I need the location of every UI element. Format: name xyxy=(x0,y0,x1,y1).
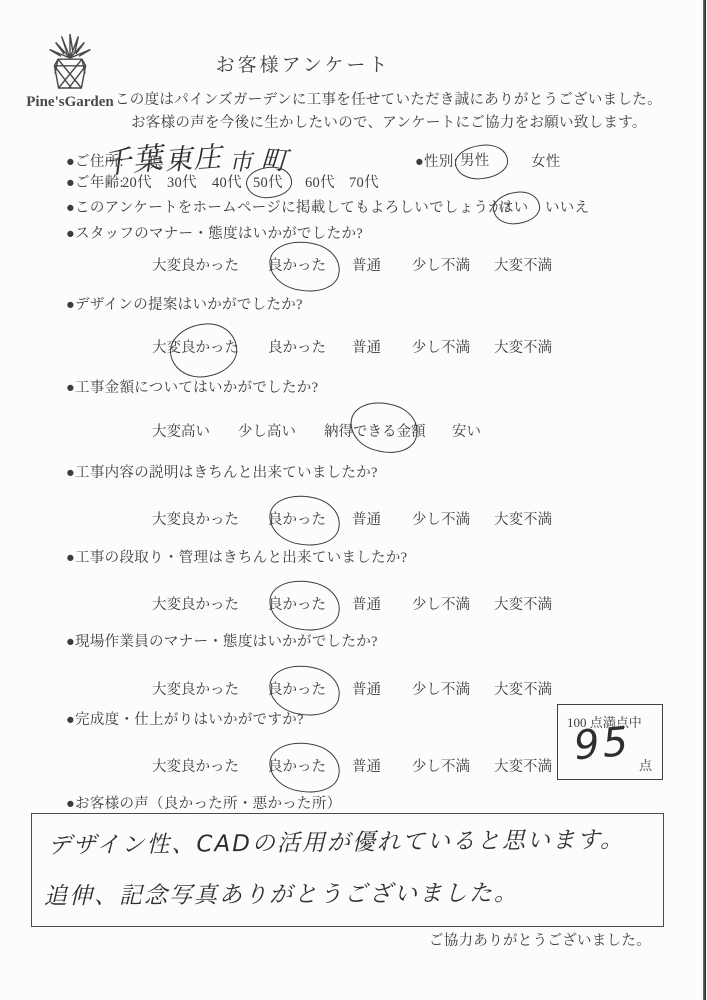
option: 大変不満 xyxy=(494,678,552,699)
question-text-price: ●工事金額についてはいかがでしたか? xyxy=(66,376,318,397)
option: 普通 xyxy=(352,755,381,776)
option: 大変不満 xyxy=(494,755,552,776)
page-title: お客様アンケート xyxy=(158,50,448,77)
survey-scan-page: Pine'sGarden お客様アンケート この度はパインズガーデンに工事を任せ… xyxy=(0,0,707,1000)
option: 大変不満 xyxy=(494,254,552,275)
question-text-explanation: ●工事内容の説明はきちんと出来ていましたか? xyxy=(66,461,378,482)
option: 大変不満 xyxy=(494,508,552,529)
option: 大変良かった xyxy=(152,678,239,699)
option: 少し不満 xyxy=(412,678,470,699)
age-option-20s: 20代 xyxy=(122,171,152,192)
option: 良かった xyxy=(268,336,326,357)
voice-handwritten-line-1: デザイン性、CADの活用が優れていると思います。 xyxy=(48,821,625,860)
option-selected: 良かった xyxy=(268,508,326,529)
age-option-50s-selected: 50代 xyxy=(253,171,283,192)
age-option-70s: 70代 xyxy=(349,171,379,192)
option: 少し不満 xyxy=(412,254,470,275)
option: 大変不満 xyxy=(494,336,552,357)
option: 普通 xyxy=(352,593,381,614)
scan-edge-line xyxy=(703,0,706,1000)
question-text-staff-manner: ●スタッフのマナー・態度はいかがでしたか? xyxy=(66,222,363,243)
question-text-finish: ●完成度・仕上がりはいかがですか? xyxy=(66,708,304,729)
intro-line-1: この度はパインズガーデンに工事を任せていただき誠にありがとうございました。 xyxy=(115,88,662,109)
brand-logo: Pine'sGarden xyxy=(14,34,126,111)
option: 普通 xyxy=(352,254,381,275)
publish-option-yes-selected: はい xyxy=(499,196,529,217)
publish-option-no: いいえ xyxy=(545,196,589,217)
option-selected: 良かった xyxy=(268,755,326,776)
score-unit: 点 xyxy=(639,755,652,774)
age-row: ●ご年齢: 20代 30代 40代 50代 60代 70代 xyxy=(0,171,707,195)
option: 大変不満 xyxy=(494,593,552,614)
gender-label: ●性別: xyxy=(415,150,458,171)
address-prefecture-suffix: 県 xyxy=(149,152,164,173)
options-row-scheduling: 大変良かった 良かった 普通 少し不満 大変不満 xyxy=(0,593,707,619)
score-value-handwritten: 95 xyxy=(572,719,633,770)
voice-handwritten-line-2: 追伸、記念写真ありがとうございました。 xyxy=(44,874,519,910)
option: 少し不満 xyxy=(412,508,470,529)
age-option-40s: 40代 xyxy=(212,171,242,192)
option: 大変良かった xyxy=(152,593,239,614)
brand-name: Pine'sGarden xyxy=(14,94,126,111)
options-row-worker-manner: 大変良かった 良かった 普通 少し不満 大変不満 xyxy=(0,678,707,704)
options-row-staff-manner: 大変良かった 良かった 普通 少し不満 大変不満 xyxy=(0,254,707,280)
age-label: ●ご年齢: xyxy=(66,171,124,192)
option: 普通 xyxy=(352,508,381,529)
option: 大変良かった xyxy=(152,508,239,529)
publish-question: ●このアンケートをホームページに掲載してもよろしいでしょうか? xyxy=(66,196,510,217)
age-option-30s: 30代 xyxy=(167,171,197,192)
option: 安い xyxy=(452,420,481,441)
question-text-scheduling: ●工事の段取り・管理はきちんと出来ていましたか? xyxy=(66,546,407,567)
option-selected: 良かった xyxy=(268,678,326,699)
age-option-60s: 60代 xyxy=(305,171,335,192)
option: 大変良かった xyxy=(152,755,239,776)
option-selected: 大変良かった xyxy=(152,336,239,357)
gender-option-female: 女性 xyxy=(531,150,561,171)
options-row-design: 大変良かった 良かった 普通 少し不満 大変不満 xyxy=(0,336,707,362)
closing-text: ご協力ありがとうございました。 xyxy=(429,929,651,950)
option: 少し高い xyxy=(238,420,296,441)
option: 普通 xyxy=(352,678,381,699)
voice-label: ●お客様の声（良かった所・悪かった所） xyxy=(66,792,341,813)
score-box: 100 点満点中 95 点 xyxy=(557,704,663,780)
pineapple-icon xyxy=(30,34,110,94)
question-text-worker-manner: ●現場作業員のマナー・態度はいかがでしたか? xyxy=(66,630,378,651)
option: 普通 xyxy=(352,336,381,357)
option: 少し不満 xyxy=(412,336,470,357)
publish-row: ●このアンケートをホームページに掲載してもよろしいでしょうか? はい いいえ xyxy=(0,196,707,220)
intro-line-2: お客様の声を今後に生かしたいので、アンケートにご協力をお願い致します。 xyxy=(131,111,647,132)
option-selected: 良かった xyxy=(268,254,326,275)
options-row-explanation: 大変良かった 良かった 普通 少し不満 大変不満 xyxy=(0,508,707,534)
gender-option-male-selected: 男性 xyxy=(460,149,490,170)
option: 少し不満 xyxy=(412,755,470,776)
options-row-price: 大変高い 少し高い 納得できる金額 安い xyxy=(0,420,707,446)
option: 大変高い xyxy=(152,420,210,441)
option-selected: 納得できる金額 xyxy=(324,420,426,441)
option: 大変良かった xyxy=(152,254,239,275)
option-selected: 良かった xyxy=(268,593,326,614)
voice-comment-box: デザイン性、CADの活用が優れていると思います。 追伸、記念写真ありがとうござい… xyxy=(31,813,664,927)
question-text-design: ●デザインの提案はいかがでしたか? xyxy=(66,293,303,314)
option: 少し不満 xyxy=(412,593,470,614)
